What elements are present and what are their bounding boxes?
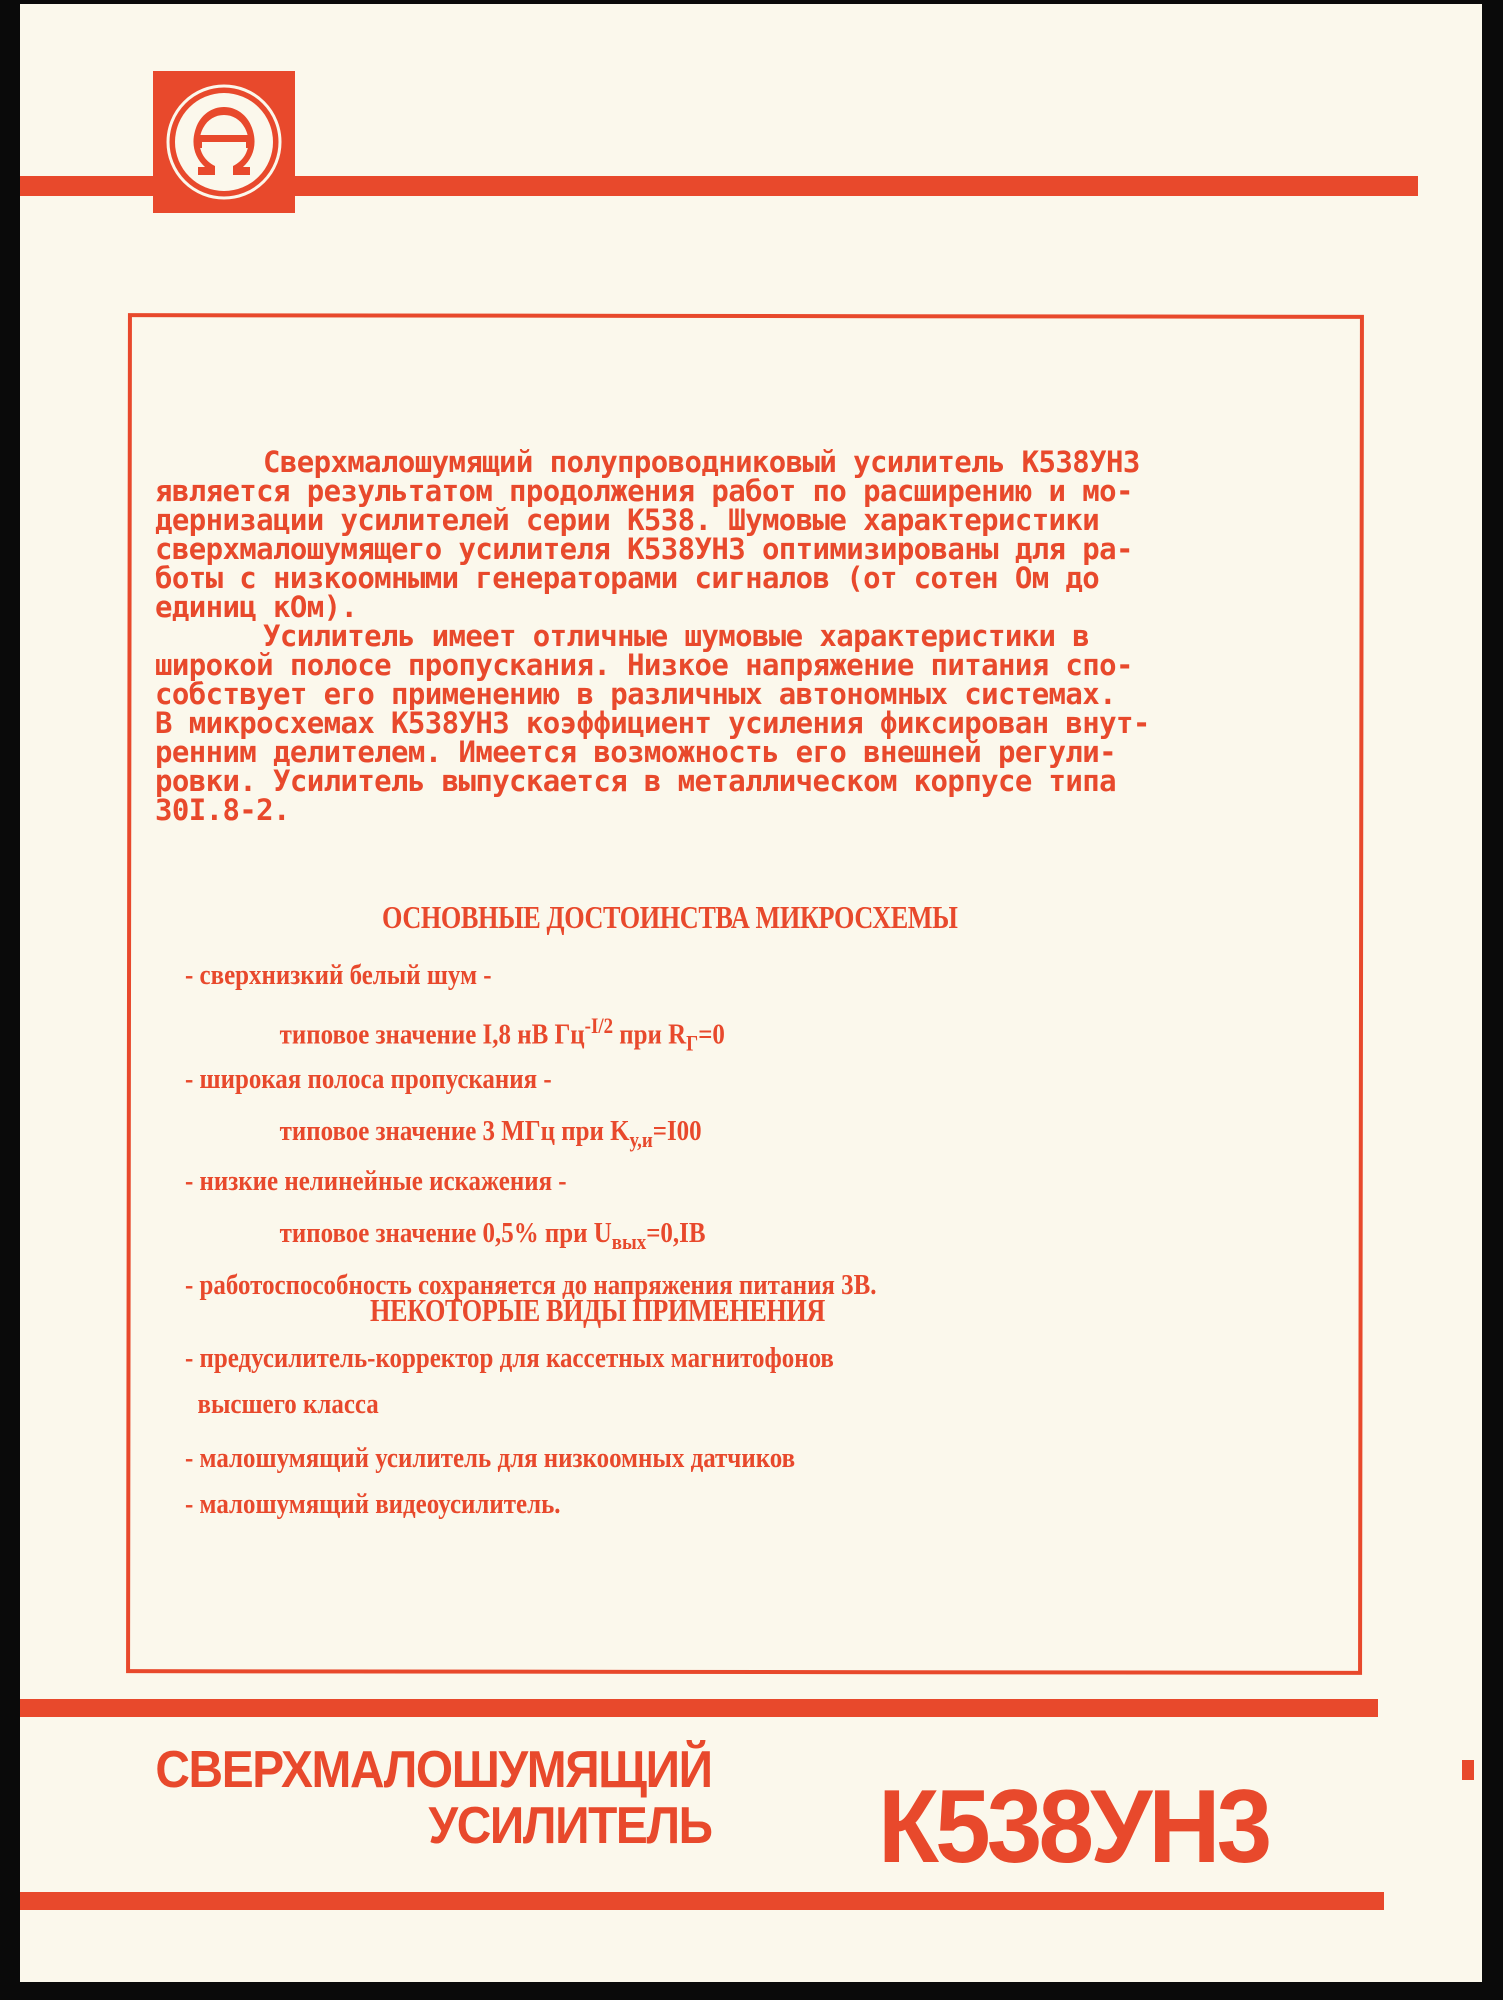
intro-line: сверхмалошумящего усилителя К538УН3 опти… <box>155 535 1275 564</box>
intro-line: 30I.8-2. <box>155 796 1275 825</box>
footer-rule-top <box>20 1699 1378 1717</box>
intro-line: дернизации усилителей серии К538. Шумовы… <box>155 506 1275 535</box>
intro-line: ренним делителем. Имеется возможность ег… <box>155 738 1275 767</box>
advantage-title: - широкая полоса пропускания - <box>185 1063 552 1096</box>
intro-line: широкой полосе пропускания. Низкое напря… <box>155 651 1275 680</box>
intro-line: Сверхмалошумящий полупроводниковый усили… <box>155 448 1275 477</box>
advantage-detail: типовое значение 0,5% при Uвых=0,IB <box>280 1217 706 1255</box>
intro-line: В микросхемах К538УН3 коэффициент усилен… <box>155 709 1275 738</box>
datasheet-page: Сверхмалошумящий полупроводниковый усили… <box>20 4 1482 1982</box>
advantages-list: - сверхнизкий белый шум - типовое значен… <box>185 959 210 1256</box>
page-edge-mark <box>1462 1760 1474 1780</box>
intro-line: ровки. Усилитель выпускается в металличе… <box>155 767 1275 796</box>
intro-line: единиц кОм). <box>155 593 1275 622</box>
product-title-line1: СВЕРХМАЛОШУМЯЩИЙ <box>156 1742 712 1798</box>
footer-rule-bottom <box>20 1892 1384 1910</box>
omega-theta-logo-icon <box>153 71 295 213</box>
advantage-title: - сверхнизкий белый шум - <box>185 959 492 992</box>
application-item: - малошумящий усилитель для низкоомных д… <box>185 1442 795 1475</box>
applications-heading: НЕКОТОРЫЕ ВИДЫ ПРИМЕНЕНИЯ <box>370 1292 825 1329</box>
advantage-title: - низкие нелинейные искажения - <box>185 1165 567 1198</box>
intro-line: Усилитель имеет отличные шумовые характе… <box>155 622 1275 651</box>
application-item: - предусилитель-корректор для кассетных … <box>185 1342 834 1375</box>
product-title: СВЕРХМАЛОШУМЯЩИЙ УСИЛИТЕЛЬ <box>156 1742 712 1854</box>
application-item: высшего класса <box>185 1388 379 1421</box>
intro-text: Сверхмалошумящий полупроводниковый усили… <box>155 448 1275 825</box>
intro-line: является результатом продолжения работ п… <box>155 477 1275 506</box>
advantage-detail: типовое значение 3 МГц при Kу,и=I00 <box>280 1115 702 1153</box>
product-title-line2: УСИЛИТЕЛЬ <box>156 1798 712 1854</box>
intro-line: боты с низкоомными генераторами сигналов… <box>155 564 1275 593</box>
advantages-heading: ОСНОВНЫЕ ДОСТОИНСТВА МИКРОСХЕМЫ <box>382 899 958 936</box>
application-item: - малошумящий видеоусилитель. <box>185 1488 561 1521</box>
intro-line: собствует его применению в различных авт… <box>155 680 1275 709</box>
part-number: К538УН3 <box>878 1777 1268 1877</box>
applications-list: - предусилитель-корректор для кассетных … <box>185 1342 210 1540</box>
advantage-detail: типовое значение I,8 нВ Гц-I/2 при RГ=0 <box>280 1013 725 1056</box>
